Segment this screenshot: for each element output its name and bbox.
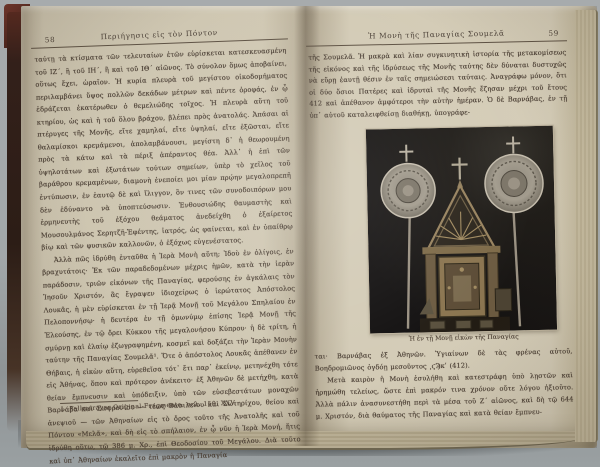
body-paragraph: ταύτῃ τὰ κτίσματα τῶν τελευταίων ἐτῶν εὑ… [34,44,293,254]
icon-center [453,275,472,301]
photo-caption: Ἡ ἐν τῇ Μονῇ εἰκὼν τῆς Παναγίας [370,333,557,344]
side-lectern [495,289,511,311]
page-block-fore-edge [575,10,598,442]
shrine-photo-illustration [366,126,557,334]
right-body-top: τῆς Σουμελᾶ. Ἡ μακρὰ καὶ λίαν συγκινητικ… [308,47,567,121]
book-photograph: 58 Περιήγησις εἰς τὸν Πόντον ταύτῃ τὰ κτ… [0,0,600,467]
body-paragraph: Ἀλλὰ πῶς ἱδρύθη ἐνταῦθα ἡ Ἱερὰ Μονὴ αὕτη… [42,245,302,467]
body-paragraph: Μετὰ καιρὸν ἡ Μονὴ ἐσυλήθη καὶ κατεστράφ… [315,369,574,423]
body-paragraph: τῆς Σουμελᾶ. Ἡ μακρὰ καὶ λίαν συγκινητικ… [308,47,567,121]
left-page: 58 Περιήγησις εἰς τὸν Πόντον ταύτῃ τὰ κτ… [31,23,303,444]
right-body-bottom: ται· Βαρνάβας ἐξ Ἀθηνῶν. Ὑγιαίνων δὲ τὰς… [314,345,573,423]
photo-plate-icon-shrine [366,126,557,334]
right-running-title: Ἡ Μονὴ τῆς Παναγίας Σουμελᾶ [306,27,567,41]
right-page: 59 Ἡ Μονὴ τῆς Παναγίας Σουμελᾶ τῆς Σουμε… [306,25,575,438]
